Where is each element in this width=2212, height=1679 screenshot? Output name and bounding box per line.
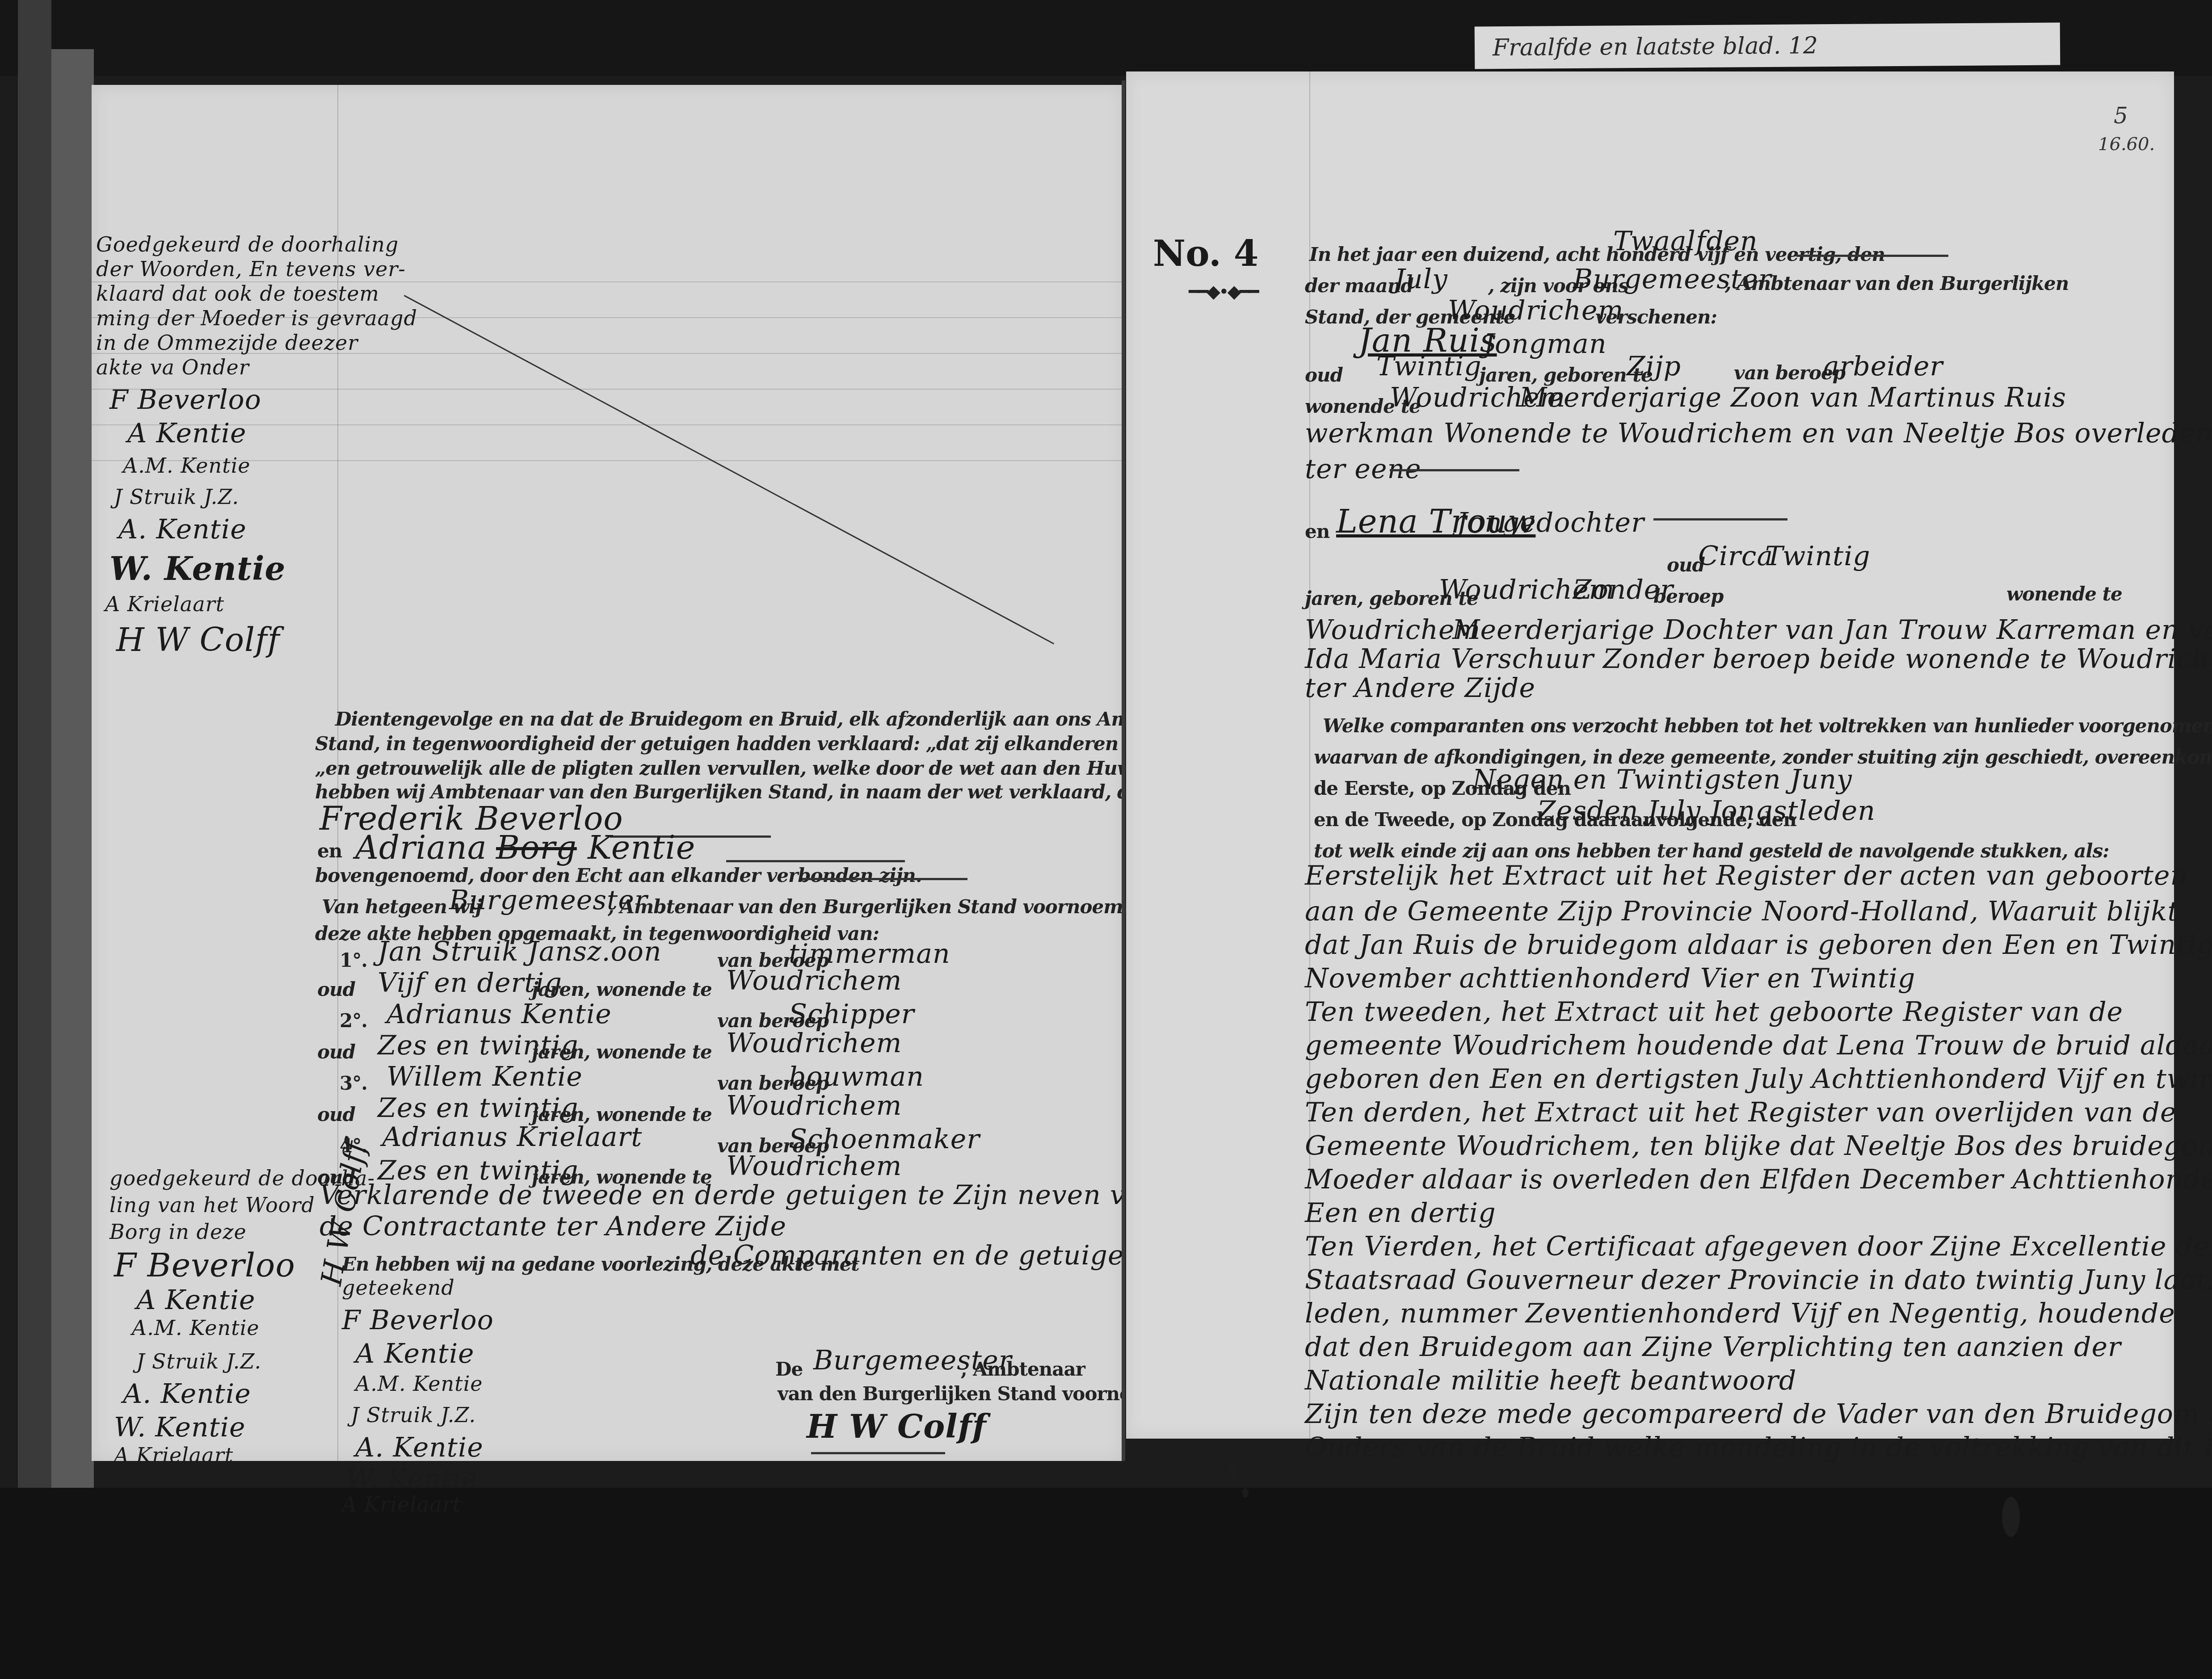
declaration-line: Verklarende de tweede en derde getuigen … <box>320 1179 1160 1211</box>
signature: H W Colff <box>116 621 280 659</box>
record-number: No. 4 <box>1153 232 1258 274</box>
archive-label-text: Fraalfde en laatste blad. 12 <box>1493 32 1818 61</box>
document-line: Ouders van de Bruid welke mondeling in d… <box>1305 1432 2212 1463</box>
ink-spot <box>1229 1465 1237 1478</box>
document-line: Gemeente Woudrichem, ten blijke dat Neel… <box>1305 1130 2212 1162</box>
signature: A Kentie <box>127 418 247 449</box>
folio-ref: 16.60. <box>2098 134 2155 155</box>
document-line: Ten Vierden, het Certificaat afgegeven d… <box>1305 1231 2212 1262</box>
signature: A. Kentie <box>355 1432 484 1463</box>
document-line: Moeder aldaar is overleden den Elfden De… <box>1305 1164 2212 1195</box>
document-line: Eerstelijk het Extract uit het Register … <box>1305 860 2188 891</box>
book-gutter <box>1122 80 1125 1461</box>
second-announcement: Zesden July Jongstleden <box>1537 795 1876 827</box>
signature: A.M. Kentie <box>132 1316 260 1340</box>
void-diagonal-line <box>404 295 1055 644</box>
official-signature: H W Colff <box>807 1407 987 1445</box>
signature: J Struik J.Z. <box>136 1349 261 1373</box>
ink-smudge <box>2002 1497 2020 1537</box>
signature: F Beverloo <box>114 1247 295 1284</box>
ornament-divider: ━━◆•◆━━ <box>1189 281 1257 302</box>
signature: A Krielaart <box>114 1443 233 1467</box>
document-line: gemeente Woudrichem houdende dat Lena Tr… <box>1305 1030 2212 1061</box>
signature: J Struik J.Z. <box>351 1403 476 1427</box>
bride-last-name: Kentie <box>588 829 695 866</box>
document-line: geboren den Een en dertigsten July Achtt… <box>1305 1063 2212 1095</box>
right-page: 5 16.60. No. 4 ━━◆•◆━━ In het jaar een d… <box>1126 71 2174 1439</box>
book-cover-inner <box>51 49 94 1501</box>
first-announcement: Negen en Twintigsten Juny <box>1472 764 1852 795</box>
document-line: Nationale militie heeft beantwoord <box>1305 1365 1796 1396</box>
signature: A Kentie <box>136 1284 256 1316</box>
signature: F Beverloo <box>342 1305 494 1336</box>
document-line: Ten derden, het Extract uit het Register… <box>1305 1097 2177 1128</box>
document-line: Een en dertig <box>1305 1197 1496 1229</box>
left-page: Goedgekeurd de doorhaling der Woorden, E… <box>92 85 1124 1461</box>
document-line: aan de Gemeente Zijp Provincie Noord-Hol… <box>1305 896 2179 927</box>
declaration-line: de Contractante ter Andere Zijde <box>320 1211 786 1242</box>
signature: W. Kentie <box>346 1463 478 1494</box>
scanner-backdrop-bottom <box>0 1488 2212 1679</box>
document-line: November achttienhonderd Vier en Twintig <box>1305 963 1915 994</box>
signature: A Kentie <box>355 1338 475 1369</box>
book-cover-edge <box>18 0 51 1679</box>
document-line: leden, nummer Zeventienhonderd Vijf en N… <box>1305 1298 2175 1329</box>
document-line: Ten tweeden, het Extract uit het geboort… <box>1305 996 2123 1028</box>
bride-first-name: Adriana <box>355 829 487 866</box>
document-line: dat Jan Ruis de bruidegom aldaar is gebo… <box>1305 929 2212 961</box>
signature: F Beverloo <box>109 384 261 416</box>
signature: A Krielaart <box>342 1492 461 1516</box>
document-line: dat den Bruidegom aan Zijne Verplichting… <box>1305 1331 2121 1363</box>
date-month: July <box>1394 264 1448 295</box>
date-day: Twaalfden <box>1613 226 1758 257</box>
signature: A. Kentie <box>118 514 247 545</box>
signature: W. Kentie <box>109 550 286 588</box>
signature: J Struik J.Z. <box>114 485 239 509</box>
signature: A.M. Kentie <box>123 453 251 478</box>
signature: W. Kentie <box>114 1412 246 1443</box>
signature: A.M. Kentie <box>355 1372 483 1396</box>
folio-number: 5 <box>2114 103 2128 129</box>
signature: A Krielaart <box>105 592 224 616</box>
document-line: Zijn ten deze mede gecompareerd de Vader… <box>1305 1398 2212 1430</box>
archive-label-strip: Fraalfde en laatste blad. 12 <box>1475 22 2061 69</box>
signature: A. Kentie <box>123 1378 251 1410</box>
document-line: Staatsraad Gouverneur dezer Provincie in… <box>1305 1264 2212 1296</box>
ink-spot <box>1242 1488 1249 1498</box>
struck-word: Borg <box>496 829 577 866</box>
